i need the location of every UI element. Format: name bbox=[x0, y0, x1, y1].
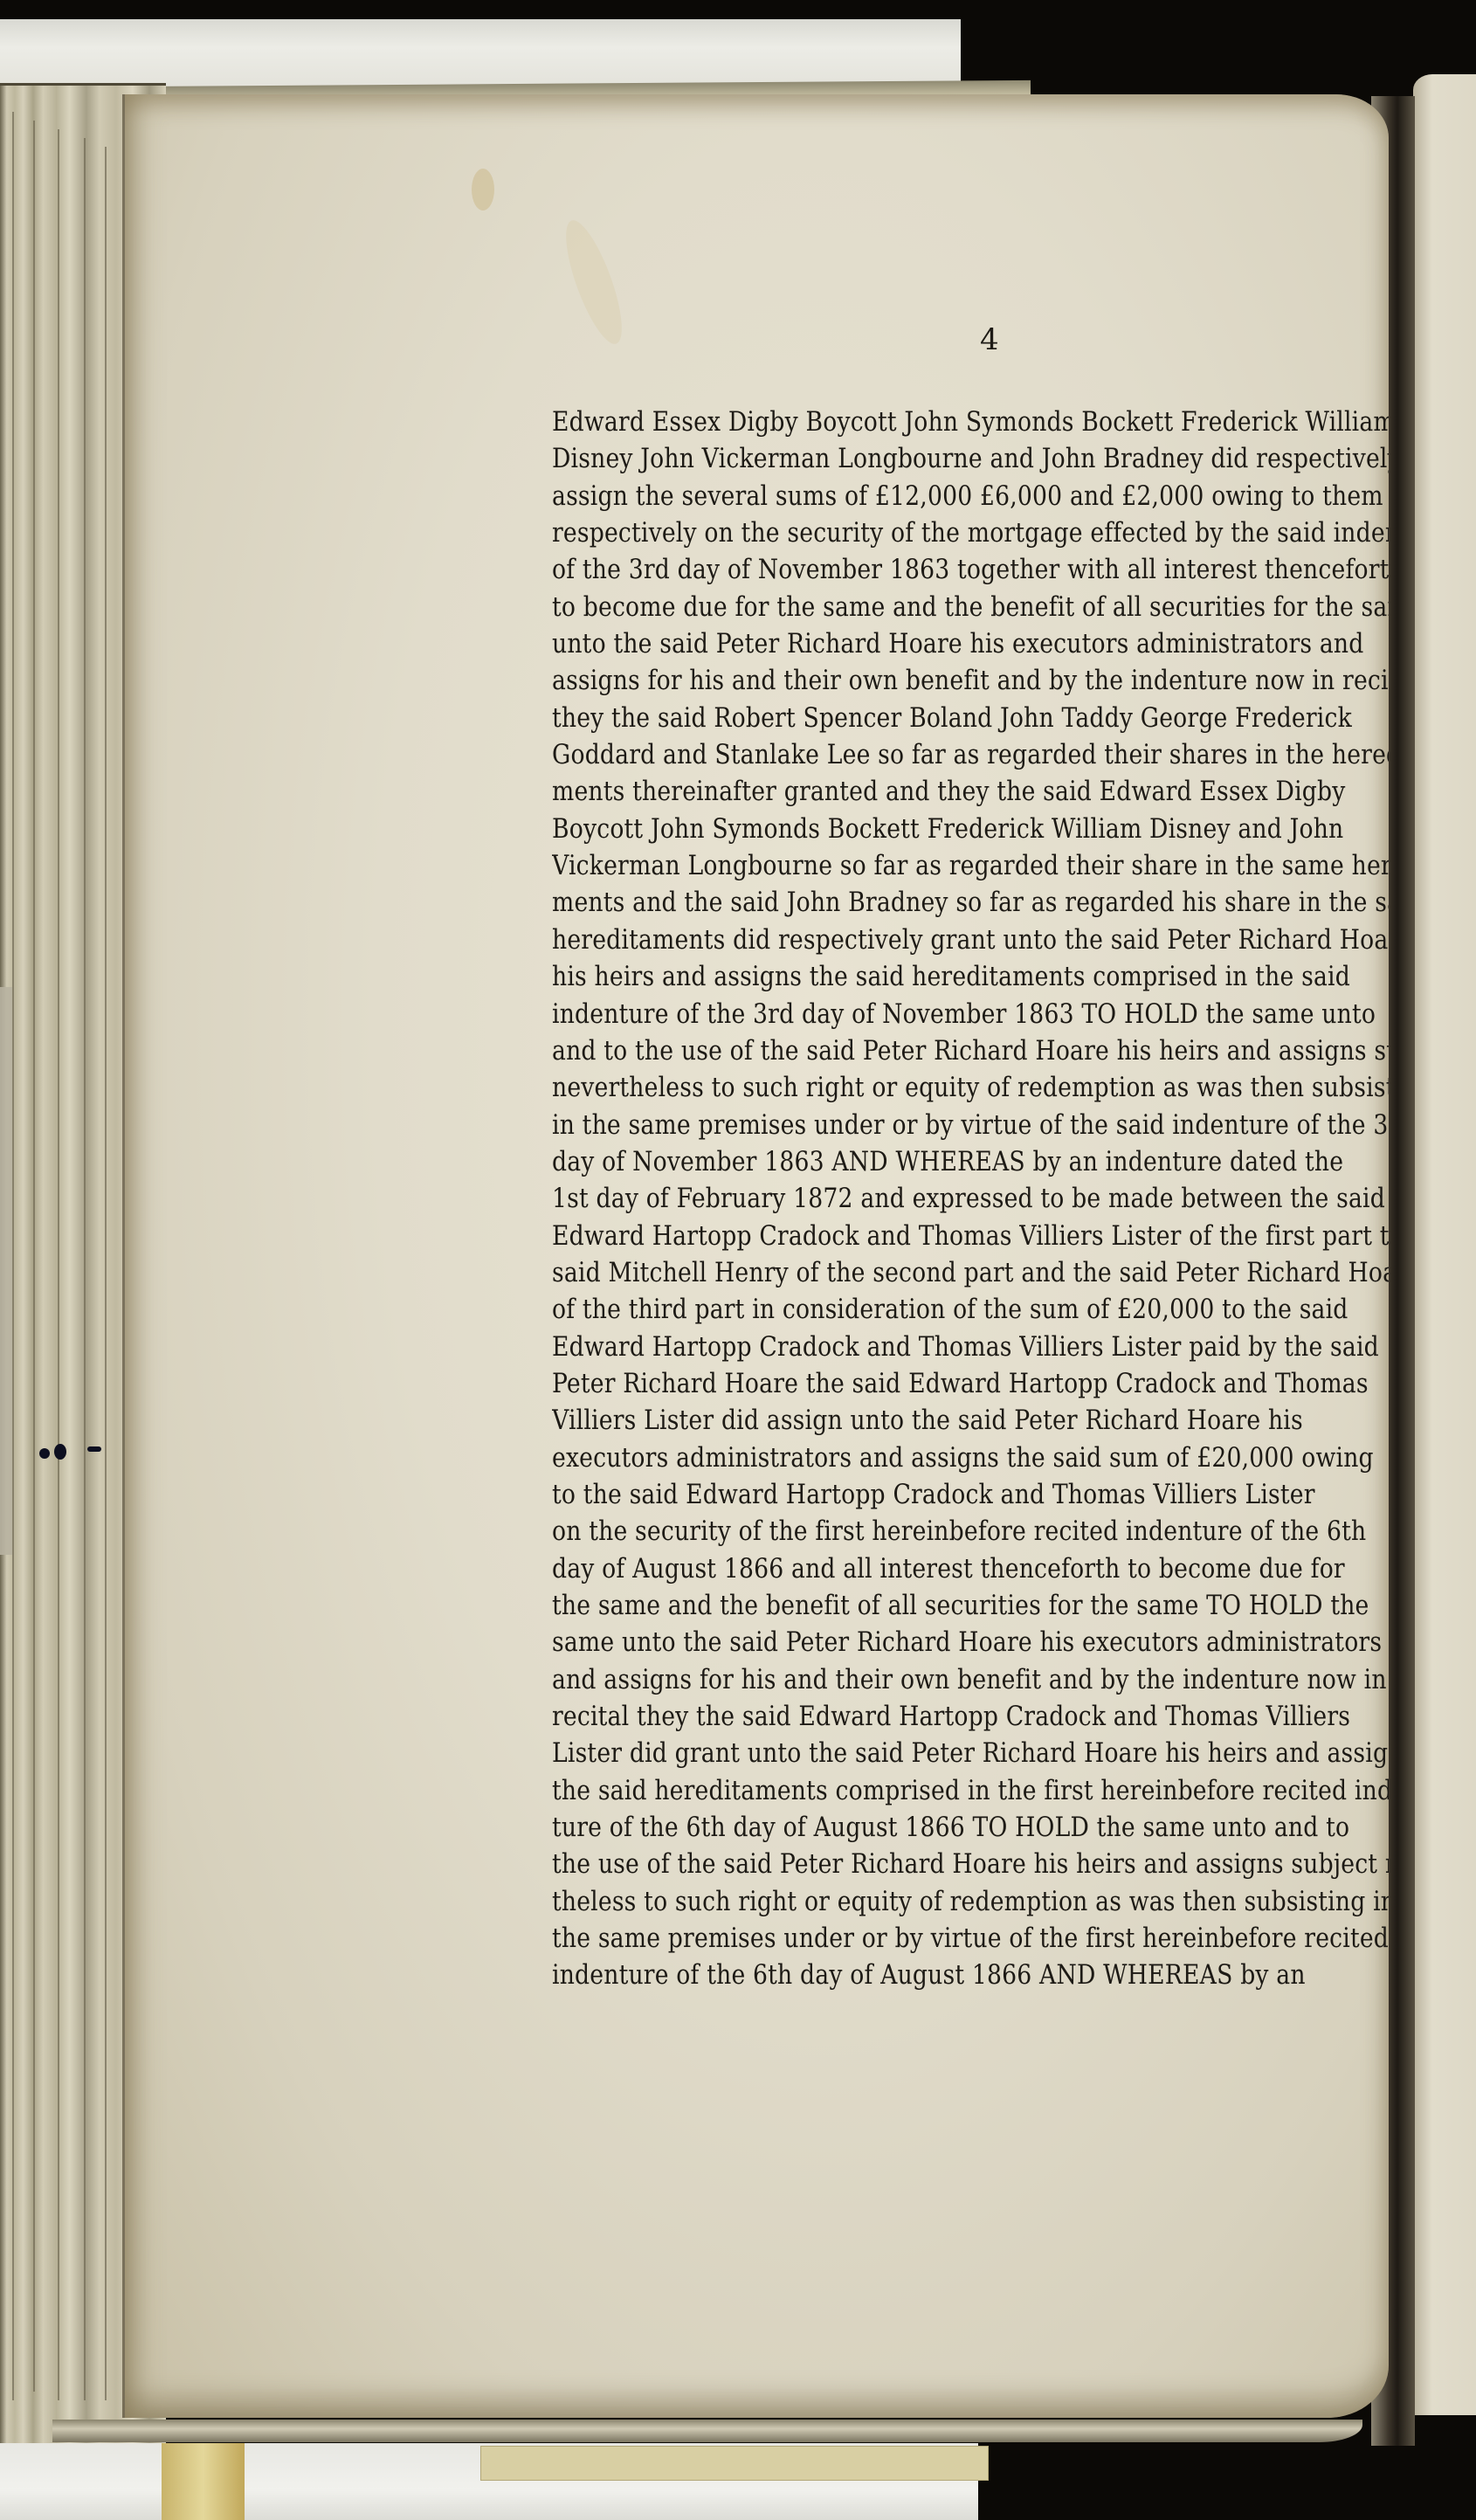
text-line: to the said Edward Hartopp Cradock and T… bbox=[552, 1476, 1389, 1513]
stack-edge-line bbox=[33, 121, 35, 2392]
paper-stain bbox=[555, 215, 633, 350]
text-line: indenture of the 6th day of August 1866 … bbox=[552, 1957, 1389, 1993]
text-line: day of November 1863 AND WHEREAS by an i… bbox=[552, 1143, 1389, 1180]
text-line: day of August 1866 and all interest then… bbox=[552, 1550, 1389, 1587]
text-line: respectively on the security of the mort… bbox=[552, 514, 1389, 551]
ink-dot bbox=[54, 1444, 66, 1460]
text-line: Goddard and Stanlake Lee so far as regar… bbox=[552, 736, 1389, 773]
text-line: the said hereditaments comprised in the … bbox=[552, 1772, 1389, 1809]
ink-dot bbox=[87, 1446, 101, 1452]
text-line: Peter Richard Hoare the said Edward Hart… bbox=[552, 1365, 1389, 1402]
stack-edge-line bbox=[12, 112, 14, 2400]
stack-edge-line bbox=[58, 129, 59, 2400]
page-stack-bottom-edge bbox=[52, 2420, 1362, 2442]
text-line: Edward Hartopp Cradock and Thomas Villie… bbox=[552, 1329, 1389, 1365]
ink-dot bbox=[39, 1448, 50, 1459]
text-line: ture of the 6th day of August 1866 TO HO… bbox=[552, 1809, 1389, 1846]
text-line: the same and the benefit of all securiti… bbox=[552, 1587, 1389, 1624]
text-line: executors administrators and assigns the… bbox=[552, 1440, 1389, 1476]
loose-sheet-top bbox=[0, 19, 961, 91]
binding-tape bbox=[0, 987, 12, 1555]
text-line: Disney John Vickerman Longbourne and Joh… bbox=[552, 440, 1389, 477]
document-body: Edward Essex Digby Boycott John Symonds … bbox=[552, 404, 1389, 1994]
facing-page bbox=[1413, 74, 1476, 2415]
paper-stain bbox=[472, 169, 494, 211]
text-line: of the third part in consideration of th… bbox=[552, 1291, 1389, 1328]
text-line: Boycott John Symonds Bockett Frederick W… bbox=[552, 811, 1389, 847]
text-line: 1st day of February 1872 and expressed t… bbox=[552, 1180, 1389, 1217]
stack-edge-line bbox=[84, 138, 86, 2400]
text-line: unto the said Peter Richard Hoare his ex… bbox=[552, 625, 1389, 662]
text-line: Edward Essex Digby Boycott John Symonds … bbox=[552, 404, 1389, 440]
stack-edge-line bbox=[105, 147, 107, 2400]
text-line: to become due for the same and the benef… bbox=[552, 589, 1389, 625]
text-line: on the security of the first hereinbefor… bbox=[552, 1513, 1389, 1550]
text-line: ments thereinafter granted and they the … bbox=[552, 773, 1389, 810]
text-line: assign the several sums of £12,000 £6,00… bbox=[552, 478, 1389, 514]
text-line: Lister did grant unto the said Peter Ric… bbox=[552, 1735, 1389, 1771]
text-line: assigns for his and their own benefit an… bbox=[552, 662, 1389, 699]
text-line: in the same premises under or by virtue … bbox=[552, 1107, 1389, 1143]
text-line: indenture of the 3rd day of November 186… bbox=[552, 996, 1389, 1032]
text-line: nevertheless to such right or equity of … bbox=[552, 1069, 1389, 1106]
text-line: and assigns for his and their own benefi… bbox=[552, 1661, 1389, 1698]
text-line: Villiers Lister did assign unto the said… bbox=[552, 1402, 1389, 1439]
text-line: said Mitchell Henry of the second part a… bbox=[552, 1254, 1389, 1291]
text-line: the same premises under or by virtue of … bbox=[552, 1920, 1389, 1957]
text-line: hereditaments did respectively grant unt… bbox=[552, 922, 1389, 958]
text-line: and to the use of the said Peter Richard… bbox=[552, 1032, 1389, 1069]
text-line: his heirs and assigns the said hereditam… bbox=[552, 958, 1389, 995]
text-line: Vickerman Longbourne so far as regarded … bbox=[552, 847, 1389, 884]
text-line: ments and the said John Bradney so far a… bbox=[552, 884, 1389, 921]
page-number: 4 bbox=[980, 325, 999, 355]
page-left-edge bbox=[122, 94, 125, 2418]
text-line: of the 3rd day of November 1863 together… bbox=[552, 551, 1389, 588]
text-line: recital they the said Edward Hartopp Cra… bbox=[552, 1698, 1389, 1735]
text-line: they the said Robert Spencer Boland John… bbox=[552, 700, 1389, 736]
text-line: the use of the said Peter Richard Hoare … bbox=[552, 1846, 1389, 1882]
text-line: same unto the said Peter Richard Hoare h… bbox=[552, 1624, 1389, 1660]
text-line: theless to such right or equity of redem… bbox=[552, 1883, 1389, 1920]
yellow-tab bbox=[162, 2443, 245, 2520]
tab-slip bbox=[480, 2446, 989, 2481]
text-line: Edward Hartopp Cradock and Thomas Villie… bbox=[552, 1218, 1389, 1254]
